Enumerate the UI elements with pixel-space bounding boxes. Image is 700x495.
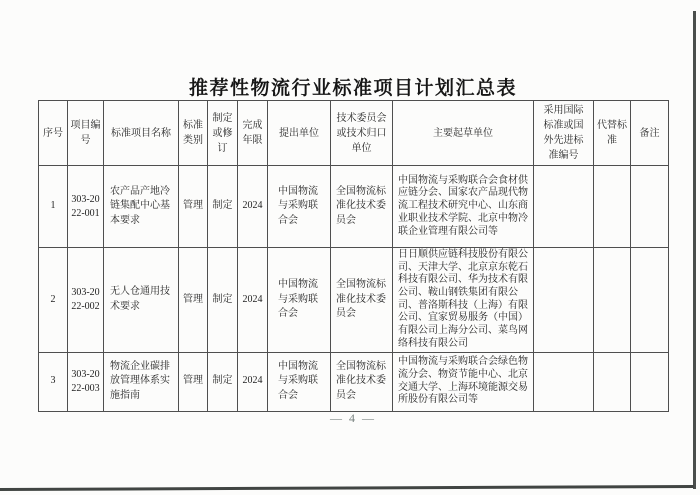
cell-action: 制定 <box>208 352 238 411</box>
cell-seq: 3 <box>39 352 68 411</box>
header-action: 制定或修订 <box>208 101 238 166</box>
cell-name: 物流企业碳排放管理体系实施指南 <box>104 352 179 411</box>
header-remarks: 备注 <box>631 101 669 166</box>
scan-edge-bottom <box>0 485 694 491</box>
table-header-row: 序号 项目编号 标准项目名称 标准类别 制定或修订 完成年限 提出单位 技术委员… <box>39 101 669 166</box>
cell-action: 制定 <box>208 166 238 248</box>
cell-intl-standard <box>534 166 594 248</box>
cell-project-no: 303-2022-002 <box>68 248 104 353</box>
cell-committee: 全国物流标准化技术委员会 <box>331 166 393 248</box>
cell-proposer: 中国物流与采购联合会 <box>268 166 331 248</box>
cell-category: 管理 <box>179 248 208 353</box>
cell-drafters: 日日顺供应链科技股份有限公司、天津大学、北京京东乾石科技有限公司、华为技术有限公… <box>393 248 534 353</box>
scan-edge-right <box>693 11 696 489</box>
cell-drafters: 中国物流与采购联合会绿色物流分会、物资节能中心、北京交通大学、上海环境能源交易所… <box>393 352 534 411</box>
cell-replaces <box>594 166 631 248</box>
cell-replaces <box>594 248 631 353</box>
page-number: — 4 — <box>38 411 668 426</box>
cell-project-no: 303-2022-001 <box>68 166 104 248</box>
cell-seq: 2 <box>39 248 68 353</box>
header-drafters: 主要起草单位 <box>393 101 534 166</box>
header-seq: 序号 <box>39 101 68 166</box>
cell-committee: 全国物流标准化技术委员会 <box>331 352 393 411</box>
scanned-document-page: 推荐性物流行业标准项目计划汇总表 序号 项目编号 标准项目名称 标准类别 制定或… <box>0 0 700 495</box>
standards-plan-table: 序号 项目编号 标准项目名称 标准类别 制定或修订 完成年限 提出单位 技术委员… <box>38 100 669 412</box>
header-intl-standard: 采用国际标准或国外先进标准编号 <box>534 101 594 166</box>
page-title: 推荐性物流行业标准项目计划汇总表 <box>38 73 668 100</box>
cell-drafters: 中国物流与采购联合会食材供应链分会、国家农产品现代物流工程技术研究中心、山东商业… <box>393 166 534 248</box>
header-proposer: 提出单位 <box>268 101 331 166</box>
cell-category: 管理 <box>179 166 208 248</box>
table-row: 1 303-2022-001 农产品产地冷链集配中心基本要求 管理 制定 202… <box>39 166 669 248</box>
header-project-no: 项目编号 <box>68 101 104 166</box>
cell-seq: 1 <box>39 166 68 248</box>
cell-intl-standard <box>534 248 594 353</box>
cell-remarks <box>631 248 669 353</box>
header-year: 完成年限 <box>238 101 268 166</box>
cell-replaces <box>594 352 631 411</box>
header-category: 标准类别 <box>179 101 208 166</box>
cell-proposer: 中国物流与采购联合会 <box>268 352 331 411</box>
cell-year: 2024 <box>238 352 268 411</box>
cell-intl-standard <box>534 352 594 411</box>
cell-year: 2024 <box>238 248 268 353</box>
cell-action: 制定 <box>208 248 238 353</box>
table-row: 2 303-2022-002 无人仓通用技术要求 管理 制定 2024 中国物流… <box>39 248 669 353</box>
header-committee: 技术委员会或技术归口单位 <box>331 101 393 166</box>
cell-remarks <box>631 166 669 248</box>
table-row: 3 303-2022-003 物流企业碳排放管理体系实施指南 管理 制定 202… <box>39 352 669 411</box>
cell-committee: 全国物流标准化技术委员会 <box>331 248 393 353</box>
cell-remarks <box>631 352 669 411</box>
cell-project-no: 303-2022-003 <box>68 352 104 411</box>
header-replaces: 代替标准 <box>594 101 631 166</box>
cell-proposer: 中国物流与采购联合会 <box>268 248 331 353</box>
cell-year: 2024 <box>238 166 268 248</box>
cell-category: 管理 <box>179 352 208 411</box>
cell-name: 农产品产地冷链集配中心基本要求 <box>104 166 179 248</box>
header-name: 标准项目名称 <box>104 101 179 166</box>
cell-name: 无人仓通用技术要求 <box>104 248 179 353</box>
